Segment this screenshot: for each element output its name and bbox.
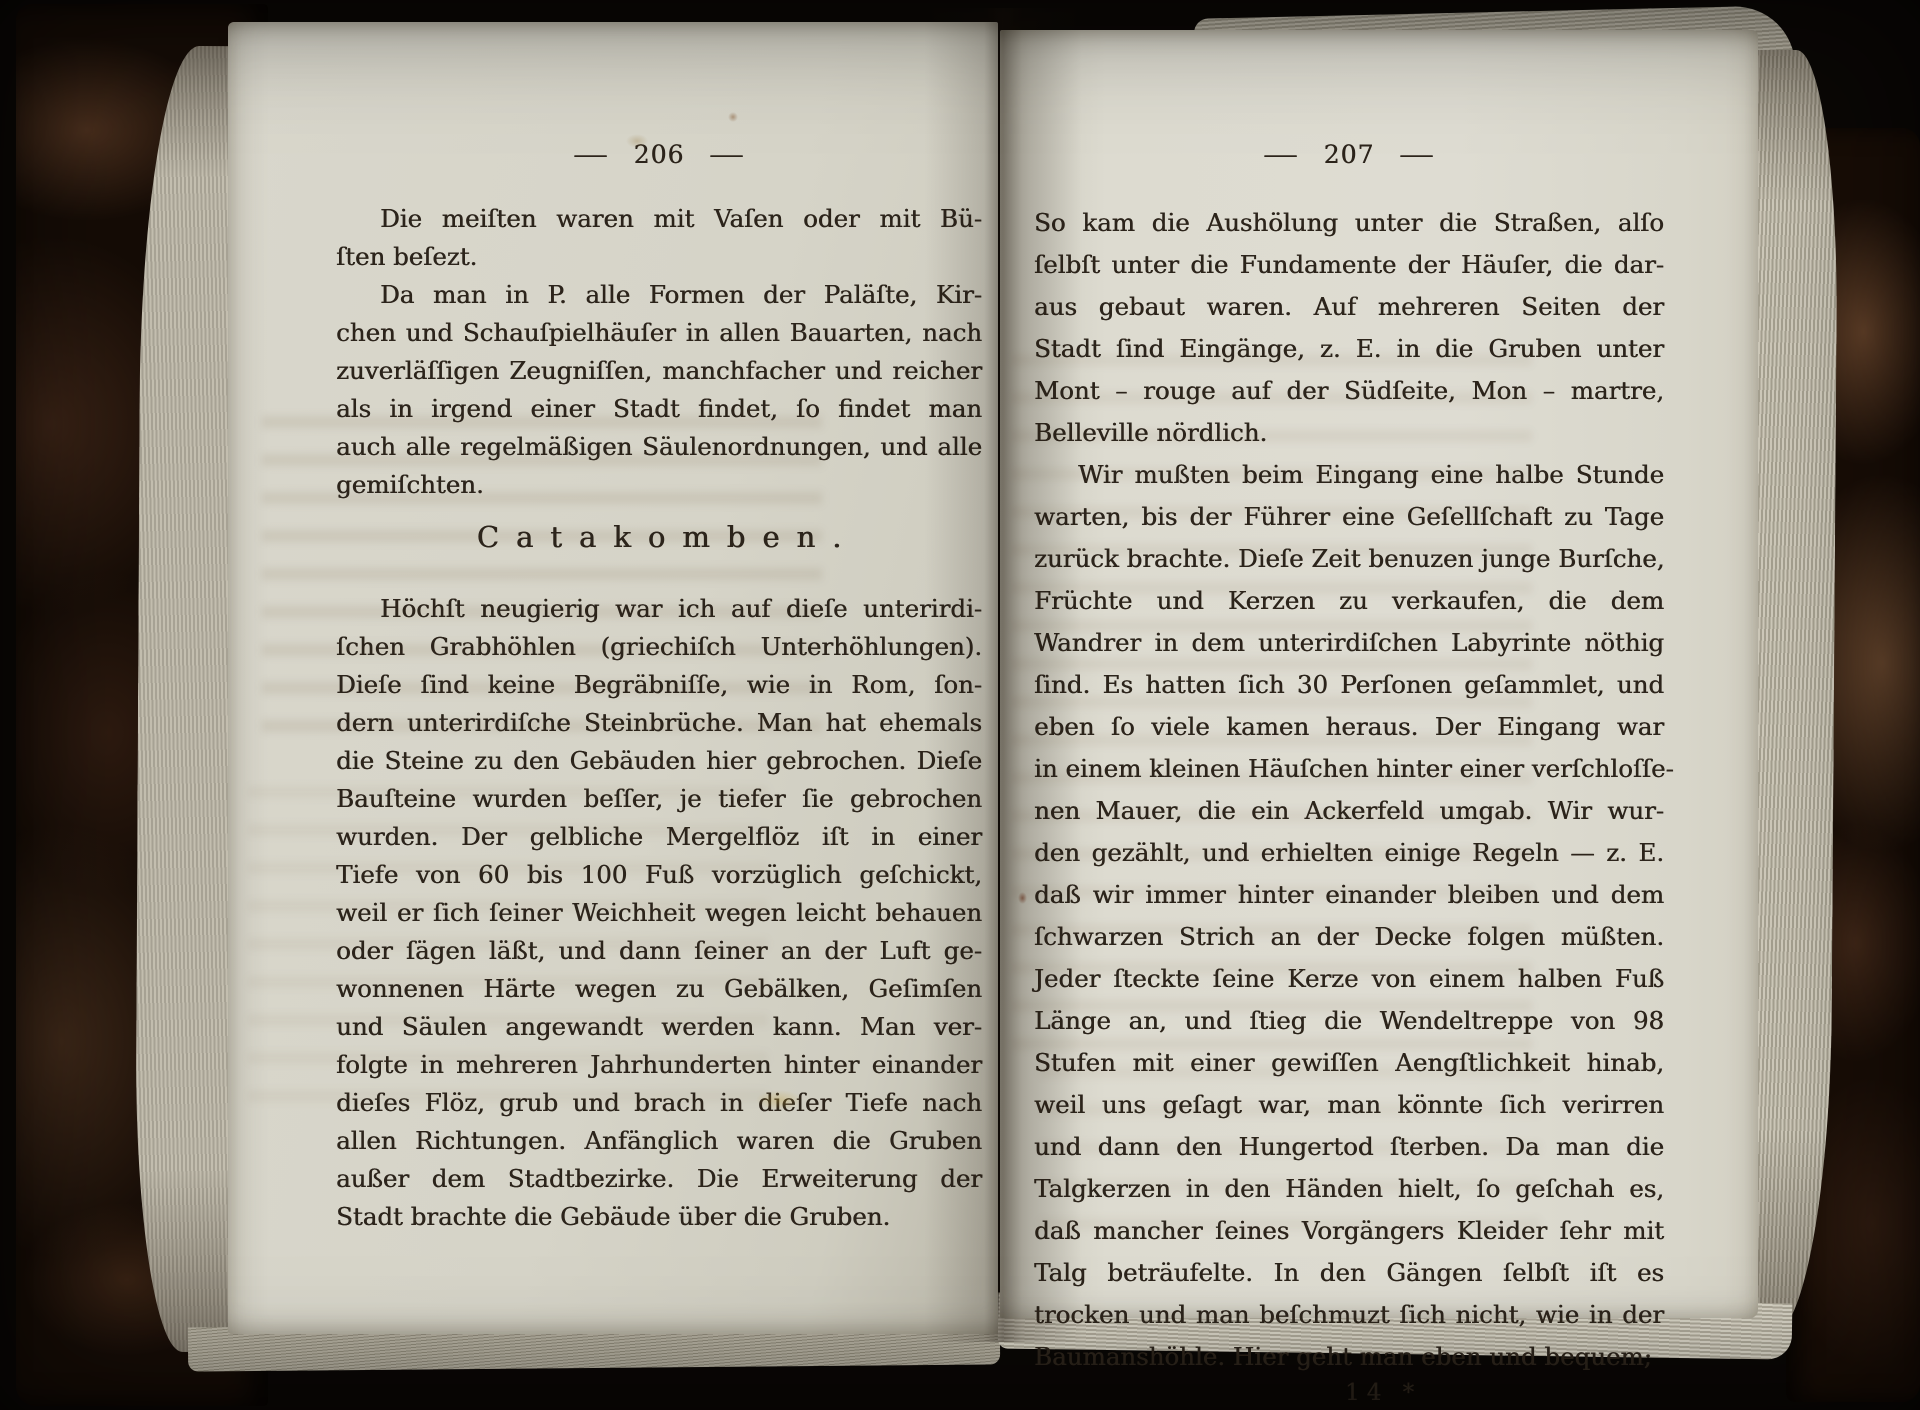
header-rule-dash: — bbox=[572, 140, 608, 169]
paper-stain bbox=[1018, 892, 1027, 904]
text-line: in einem kleinen Häuſchen hinter einer v… bbox=[1034, 748, 1664, 790]
text-line: Belleville nördlich. bbox=[1034, 412, 1664, 454]
text-line: So kam die Aushölung unter die Straßen, … bbox=[1034, 202, 1664, 244]
body-text-column: Höchſt neugierig war ich auf dieſe unter… bbox=[336, 590, 982, 1236]
text-line: die Steine zu den Gebäuden hier gebroche… bbox=[336, 742, 982, 780]
text-line: ſchwarzen Strich an der Decke folgen müß… bbox=[1034, 916, 1664, 958]
text-line: und Säulen angewandt werden kann. Man ve… bbox=[336, 1008, 982, 1046]
text-line: aus gebaut waren. Auf mehreren Seiten de… bbox=[1034, 286, 1664, 328]
text-line: Mont – rouge auf der Südſeite, Mon – mar… bbox=[1034, 370, 1664, 412]
page-number-header: —207— bbox=[1034, 140, 1664, 174]
text-line: Wandrer in dem unterirdiſchen Labyrinte … bbox=[1034, 622, 1664, 664]
text-line: wonnenen Härte wegen zu Gebälken, Geſimſ… bbox=[336, 970, 982, 1008]
text-line: den gezählt, und erhielten einige Regeln… bbox=[1034, 832, 1664, 874]
text-line: Jeder ſteckte ſeine Kerze von einem halb… bbox=[1034, 958, 1664, 1000]
page-number: 207 bbox=[1324, 140, 1375, 169]
text-line: Talg beträufelte. In den Gängen ſelbſt i… bbox=[1034, 1252, 1664, 1294]
header-rule-dash: — bbox=[1262, 140, 1298, 169]
header-rule-dash: — bbox=[709, 140, 745, 169]
text-line: Baumanshöhle. Hier geht man eben und beq… bbox=[1034, 1336, 1664, 1378]
text-line: wurden. Der gelbliche Mergelflöz iſt in … bbox=[336, 818, 982, 856]
text-line: Talgkerzen in den Händen hielt, ſo geſch… bbox=[1034, 1168, 1664, 1210]
text-line: warten, bis der Führer eine Geſellſchaft… bbox=[1034, 496, 1664, 538]
text-line: und dann den Hungertod ſterben. Da man d… bbox=[1034, 1126, 1664, 1168]
paragraph: Wir mußten beim Eingang eine halbe Stund… bbox=[1034, 454, 1664, 1378]
page-number: 206 bbox=[634, 140, 685, 169]
book-photo: —206— Die meiſten waren mit Vaſen oder m… bbox=[0, 0, 1920, 1410]
text-line: Stufen mit einer gewiſſen Aengſtlichkeit… bbox=[1034, 1042, 1664, 1084]
text-line: Bauſteine wurden beſſer, je tiefer ſie g… bbox=[336, 780, 982, 818]
text-line: daß mancher ſeines Vorgängers Kleider ſe… bbox=[1034, 1210, 1664, 1252]
section-heading: Catakomben. bbox=[336, 520, 999, 554]
text-line: trocken und man beſchmuzt ſich nicht, wi… bbox=[1034, 1294, 1664, 1336]
text-line: chen und Schauſpielhäuſer in allen Bauar… bbox=[336, 314, 982, 352]
paragraph: Höchſt neugierig war ich auf dieſe unter… bbox=[336, 590, 982, 1236]
text-line: Stadt ſind Eingänge, z. E. in die Gruben… bbox=[1034, 328, 1664, 370]
text-line: allen Richtungen. Anfänglich waren die G… bbox=[336, 1122, 982, 1160]
text-line: dern unterirdiſche Steinbrüche. Man hat … bbox=[336, 704, 982, 742]
paragraph: Da man in P. alle Formen der Paläſte, Ki… bbox=[336, 276, 982, 504]
text-line: Stadt brachte die Gebäude über die Grube… bbox=[336, 1198, 982, 1236]
text-line: auch alle regelmäßigen Säulenordnungen, … bbox=[336, 428, 982, 466]
text-line: ſelbſt unter die Fundamente der Häuſer, … bbox=[1034, 244, 1664, 286]
text-line: Früchte und Kerzen zu verkaufen, die dem bbox=[1034, 580, 1664, 622]
text-line: als in irgend einer Stadt findet, ſo fin… bbox=[336, 390, 982, 428]
text-line: Da man in P. alle Formen der Paläſte, Ki… bbox=[336, 276, 982, 314]
text-line: Wir mußten beim Eingang eine halbe Stund… bbox=[1034, 454, 1664, 496]
text-line: Dieſe ſind keine Begräbniſſe, wie in Rom… bbox=[336, 666, 982, 704]
text-line: weil uns geſagt war, man könnte ſich ver… bbox=[1034, 1084, 1664, 1126]
text-line: ſind. Es hatten ſich 30 Perſonen geſamml… bbox=[1034, 664, 1664, 706]
paragraph: So kam die Aushölung unter die Straßen, … bbox=[1034, 202, 1664, 454]
text-line: weil er ſich ſeiner Weichheit wegen leic… bbox=[336, 894, 982, 932]
text-line: außer dem Stadtbezirke. Die Erweiterung … bbox=[336, 1160, 982, 1198]
text-line: dieſes Flöz, grub und brach in dieſer Ti… bbox=[336, 1084, 982, 1122]
page-207: —207— So kam die Aushölung unter die Str… bbox=[1000, 30, 1758, 1318]
text-line: zuverläſſigen Zeugniſſen, manchfacher un… bbox=[336, 352, 982, 390]
page-number-header: —206— bbox=[336, 140, 982, 174]
text-line: ſchen Grabhöhlen (griechiſch Unterhöhlun… bbox=[336, 628, 982, 666]
text-line: gemiſchten. bbox=[336, 466, 982, 504]
text-line: zurück brachte. Dieſe Zeit benuzen junge… bbox=[1034, 538, 1664, 580]
header-rule-dash: — bbox=[1399, 140, 1435, 169]
page-206: —206— Die meiſten waren mit Vaſen oder m… bbox=[228, 22, 998, 1334]
text-line: oder ſägen läßt, und dann ſeiner an der … bbox=[336, 932, 982, 970]
signature-mark: 14 * bbox=[1068, 1380, 1698, 1406]
text-line: eben ſo viele kamen heraus. Der Eingang … bbox=[1034, 706, 1664, 748]
text-line: Höchſt neugierig war ich auf dieſe unter… bbox=[336, 590, 982, 628]
text-line: Tiefe von 60 bis 100 Fuß vorzüglich geſc… bbox=[336, 856, 982, 894]
paper-stain bbox=[728, 112, 738, 122]
text-line: nen Mauer, die ein Ackerfeld umgab. Wir … bbox=[1034, 790, 1664, 832]
body-text-column: So kam die Aushölung unter die Straßen, … bbox=[1034, 202, 1664, 1378]
text-line: ſten beſezt. bbox=[336, 238, 982, 276]
text-line: daß wir immer hinter einander bleiben un… bbox=[1034, 874, 1664, 916]
text-line: Länge an, und ſtieg die Wendeltreppe von… bbox=[1034, 1000, 1664, 1042]
text-line: folgte in mehreren Jahrhunderten hinter … bbox=[336, 1046, 982, 1084]
body-text-column: Die meiſten waren mit Vaſen oder mit Bü-… bbox=[336, 200, 982, 504]
text-line: Die meiſten waren mit Vaſen oder mit Bü- bbox=[336, 200, 982, 238]
paragraph: Die meiſten waren mit Vaſen oder mit Bü-… bbox=[336, 200, 982, 276]
